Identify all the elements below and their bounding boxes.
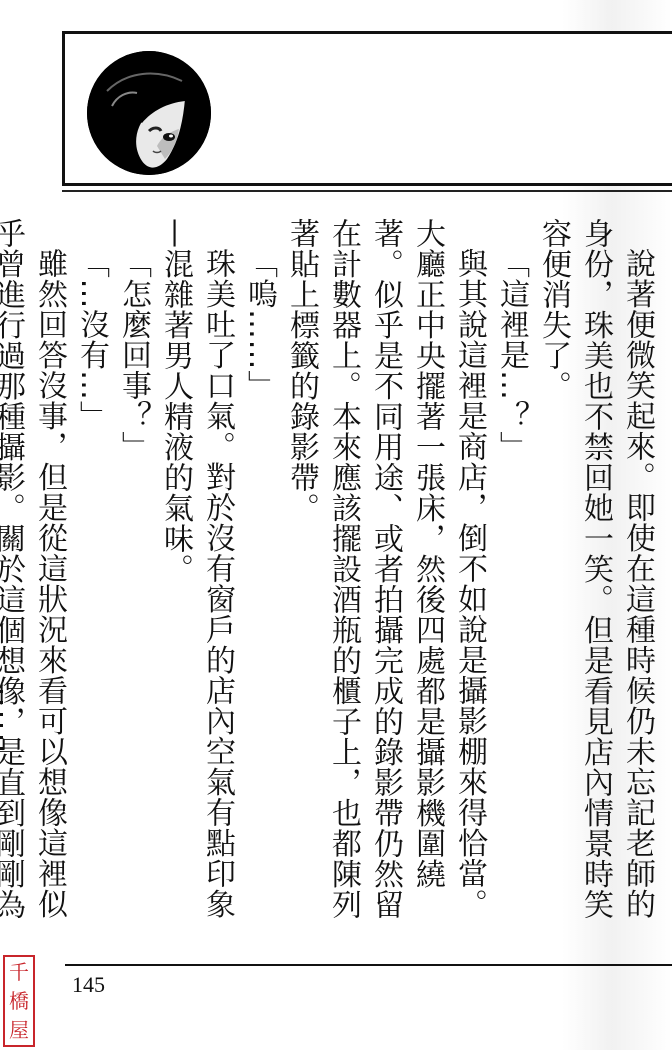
dot [0, 724, 3, 727]
margin-ellipsis [0, 690, 6, 750]
paragraph-narration: 與其說這裡是商店，倒不如說是攝影棚來得恰當。大廳正中央擺著一張床，然後四處都是攝… [280, 218, 490, 948]
header-rule [62, 190, 672, 192]
dot [0, 713, 3, 716]
dot [0, 747, 3, 750]
dot [0, 736, 3, 739]
dot [0, 690, 3, 693]
paragraph-dialogue: 「嗚……」 [238, 218, 280, 948]
paragraph-narration: 珠美吐了口氣。對於沒有窗戶的店內空氣有點印象—混雜著男人精液的氣味。 [154, 218, 238, 948]
publisher-seal-stamp: 千 橋 屋 [3, 955, 35, 1047]
dot [0, 701, 3, 704]
character-avatar [87, 51, 211, 175]
page-number: 145 [72, 972, 105, 998]
paragraph-narration: 說著便微笑起來。即使在這種時候仍未忘記老師的身份，珠美也不禁回她一笑。但是看見店… [532, 218, 658, 948]
paragraph-dialogue: 「怎麼回事？」 [112, 218, 154, 948]
paragraph-narration: 雖然回答沒事，但是從這狀況來看可以想像這裡似乎曾進行過那種攝影。關於這個想像，是… [0, 218, 70, 948]
body-text: 說著便微笑起來。即使在這種時候仍未忘記老師的身份，珠美也不禁回她一笑。但是看見店… [98, 218, 658, 948]
paragraph-dialogue: 「這裡是…？」 [490, 218, 532, 948]
paragraph-dialogue: 「…沒有…」 [70, 218, 112, 948]
seal-char: 屋 [9, 1020, 29, 1040]
portrait-illustration-icon [87, 51, 211, 175]
seal-char: 橋 [9, 991, 29, 1011]
footer-rule [65, 964, 672, 966]
seal-char: 千 [9, 962, 29, 982]
